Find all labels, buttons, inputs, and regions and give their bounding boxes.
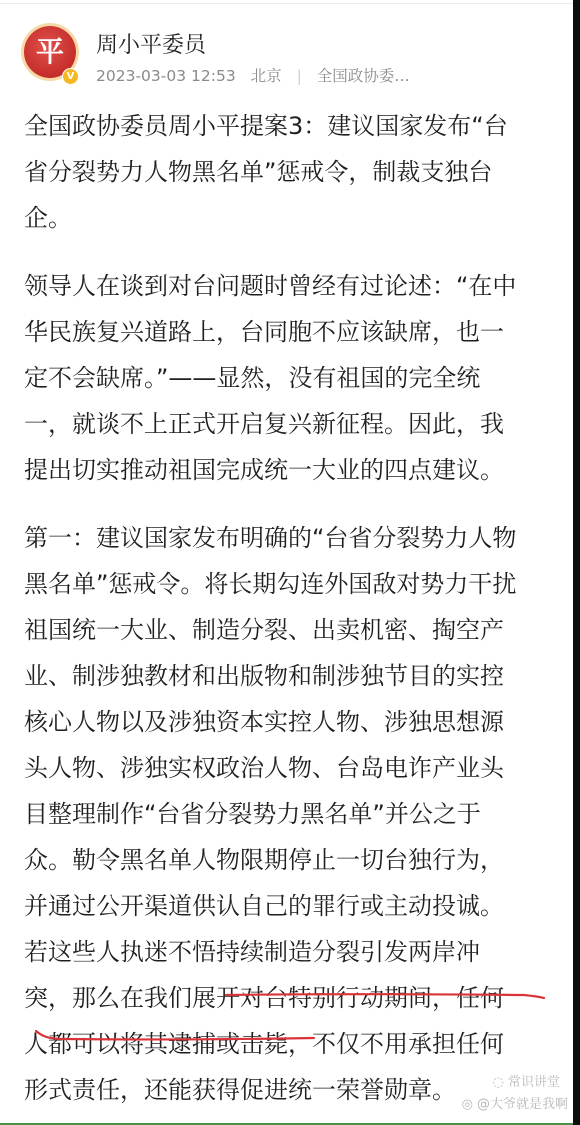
right-edge-bar xyxy=(573,0,580,1125)
paragraph-gap xyxy=(24,241,544,263)
text-line: 黑名单”惩戒令。将长期勾连外国敌对势力干扰 xyxy=(24,561,544,607)
text-line: 目整理制作“台省分裂势力黑名单”并公之于 xyxy=(24,791,544,837)
author-name[interactable]: 周小平委员 xyxy=(96,28,206,59)
text-line: 提出切实推动祖国完成统一大业的四点建议。 xyxy=(24,447,544,493)
post-body: 全国政协委员周小平提案3：建议国家发布“台 省分裂势力人物黑名单”惩戒令，制裁支… xyxy=(24,103,544,1113)
watermark-line1: ◌常识讲堂 xyxy=(493,1071,560,1090)
paragraph-gap xyxy=(24,493,544,515)
weibo-icon: ◎ xyxy=(462,1097,473,1112)
text-line: 定不会缺席。”——显然，没有祖国的完全统 xyxy=(24,355,544,401)
text-line: 并通过公开渠道供认自己的罪行或主动投诚。 xyxy=(24,883,544,929)
post-meta: 2023-03-03 12:53 北京 | 全国政协委… xyxy=(96,64,420,86)
text-line: 业、制涉独教材和出版物和制涉独节目的实控 xyxy=(24,653,544,699)
post-location: 北京 xyxy=(251,67,282,85)
text-line: 第一：建议国家发布明确的“台省分裂势力人物 xyxy=(24,515,544,561)
text-line: 全国政协委员周小平提案3：建议国家发布“台 xyxy=(24,103,544,149)
text-line: 一，就谈不上正式开启复兴新征程。因此，我 xyxy=(24,401,544,447)
text-line: 人都可以将其逮捕或击毙，不仅不用承担任何 xyxy=(24,1021,544,1067)
verified-icon: V xyxy=(62,68,79,85)
text-line: 华民族复兴道路上，台同胞不应该缺席，也一 xyxy=(24,309,544,355)
text-line: 企。 xyxy=(24,195,544,241)
text-line: 省分裂势力人物黑名单”惩戒令，制裁支独台 xyxy=(24,149,544,195)
avatar-glyph: 平 xyxy=(36,38,64,66)
text-line: 若这些人执迷不悟持续制造分裂引发两岸冲 xyxy=(24,929,544,975)
post-source: 全国政协委… xyxy=(317,67,410,85)
text-line: 众。勒令黑名单人物限期停止一切台独行为， xyxy=(24,837,544,883)
text-line: 头人物、涉独实权政治人物、台岛电诈产业头 xyxy=(24,745,544,791)
wechat-icon: ◌ xyxy=(493,1075,504,1090)
paragraph-title: 全国政协委员周小平提案3：建议国家发布“台 省分裂势力人物黑名单”惩戒令，制裁支… xyxy=(24,103,544,241)
watermark: ◌常识讲堂 ◎@大爷就是我啊 xyxy=(408,1071,568,1119)
text-line: 祖国统一大业、制造分裂、出卖机密、掏空产 xyxy=(24,607,544,653)
paragraph-first-point: 第一：建议国家发布明确的“台省分裂势力人物 黑名单”惩戒令。将长期勾连外国敌对势… xyxy=(24,515,544,1113)
post-header: 平 V 周小平委员 2023-03-03 12:53 北京 | 全国政协委… xyxy=(24,26,544,90)
top-divider xyxy=(0,3,573,4)
meta-separator: | xyxy=(297,67,302,85)
text-line: 领导人在谈到对台问题时曾经有过论述：“在中 xyxy=(24,263,544,309)
red-underline-annotation xyxy=(34,1030,316,1042)
watermark-line2: ◎@大爷就是我啊 xyxy=(462,1093,568,1112)
text-line: 核心人物以及涉独资本实控人物、涉独思想源 xyxy=(24,699,544,745)
post-timestamp: 2023-03-03 12:53 xyxy=(96,67,236,85)
paragraph-intro: 领导人在谈到对台问题时曾经有过论述：“在中 华民族复兴道路上，台同胞不应该缺席，… xyxy=(24,263,544,493)
red-underline-annotation xyxy=(224,991,546,1001)
